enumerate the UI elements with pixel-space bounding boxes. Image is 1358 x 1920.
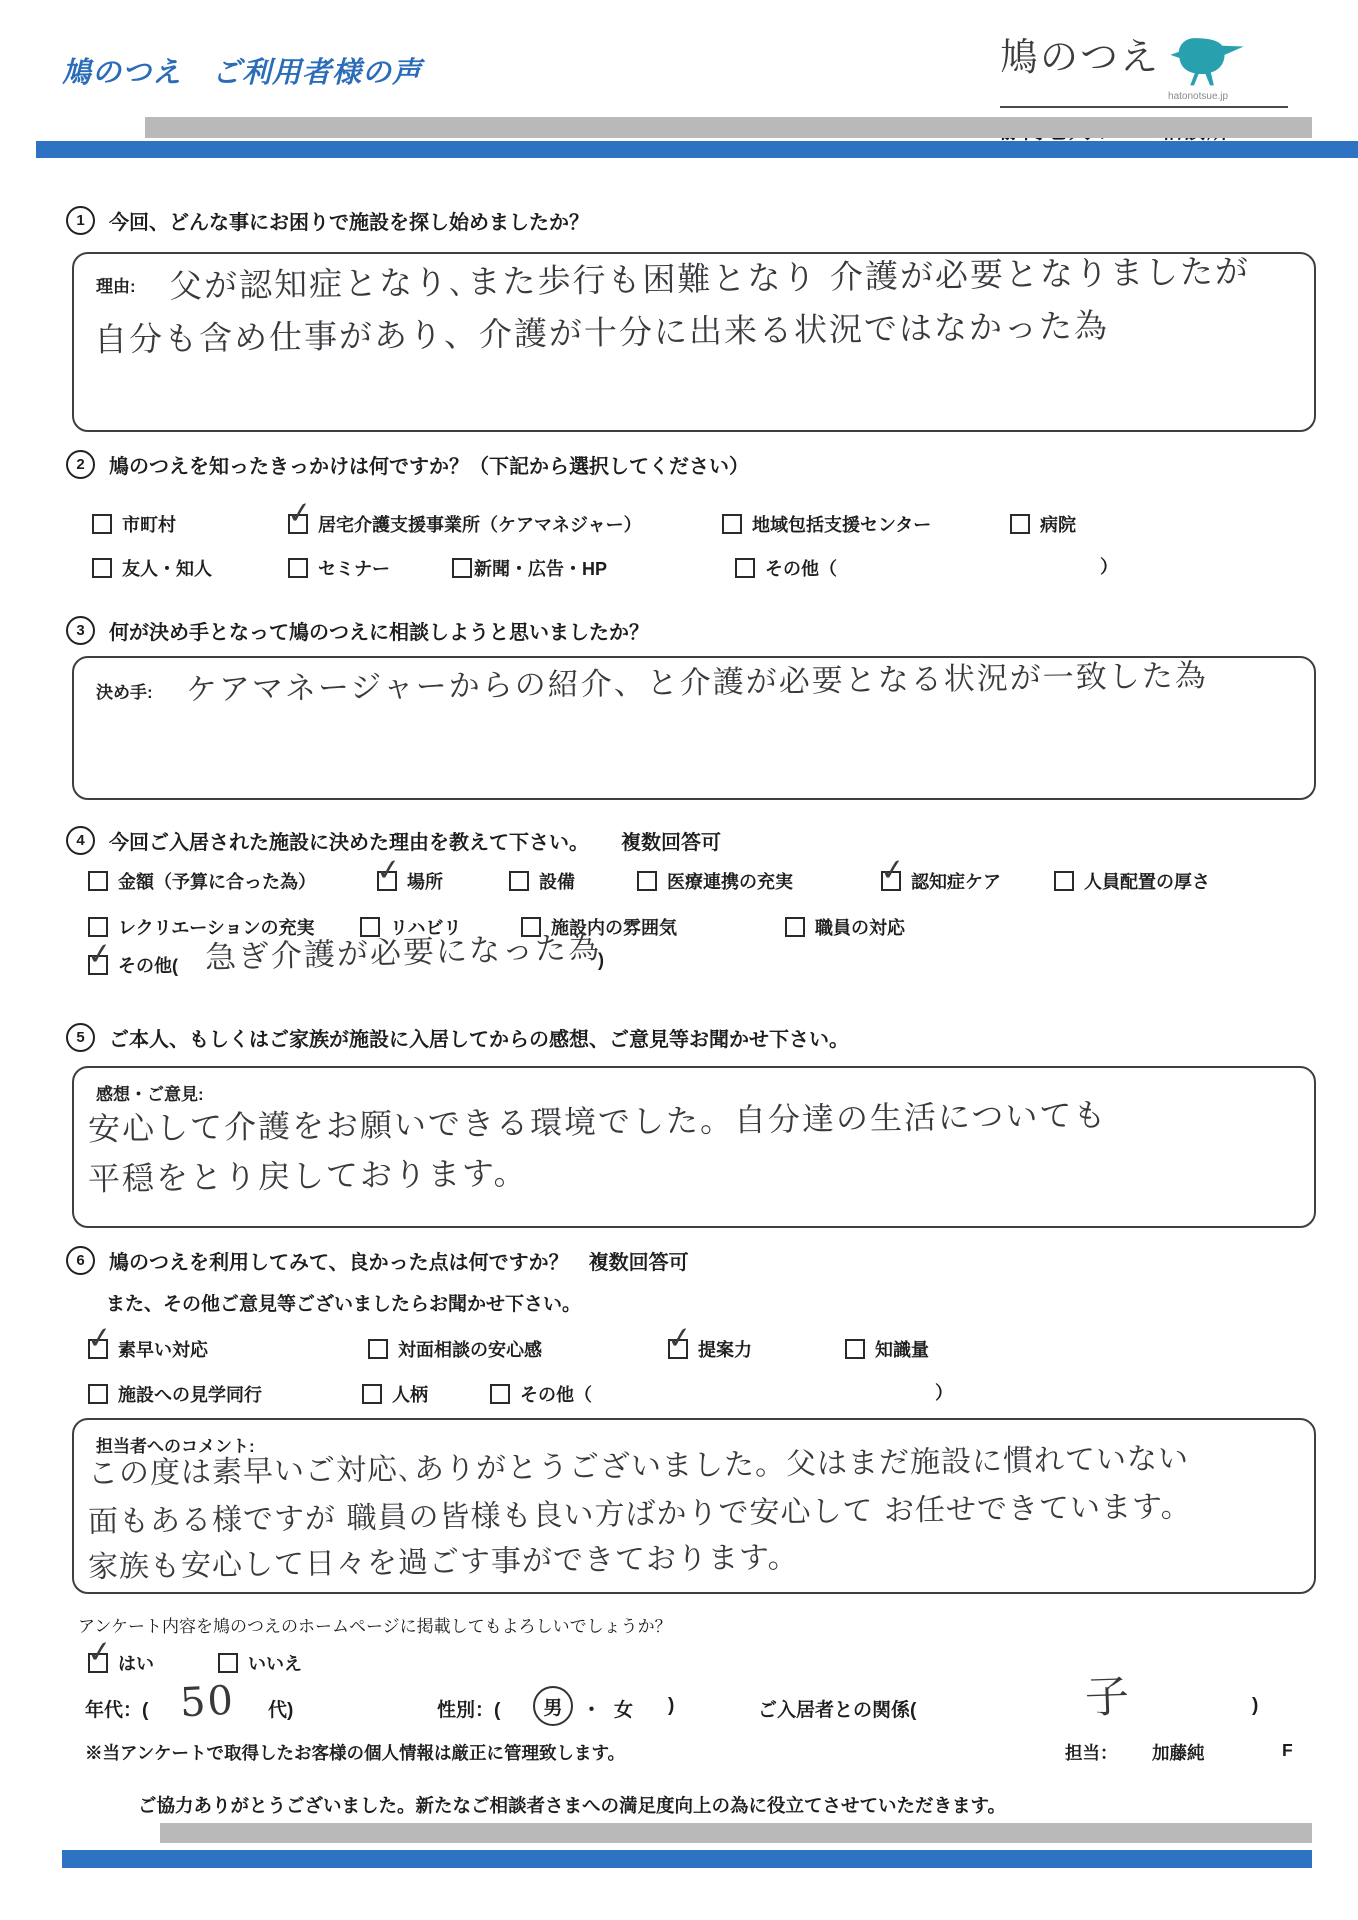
- checkbox-label: 職員の対応: [815, 914, 905, 940]
- check-mark-icon: ✓: [878, 852, 907, 889]
- checkbox-icon: ✓: [92, 514, 112, 534]
- answer-label-q1: 理由:: [96, 272, 136, 297]
- checkbox-icon: ✓: [288, 558, 308, 578]
- checkbox-icon: ✓: [509, 871, 529, 891]
- circled-number-5: 5: [66, 1023, 95, 1052]
- answer-label-q5: 感想・ご意見:: [96, 1080, 204, 1105]
- gender-suffix: ): [668, 1695, 674, 1717]
- handwritten-answer-q5-line2: 平穏をとり戻しております。: [88, 1157, 528, 1195]
- checkbox-label: 新聞・広告・HP: [474, 555, 607, 581]
- checkbox-label: 人柄: [392, 1381, 428, 1407]
- gender-prefix: 性別：(: [437, 1695, 500, 1722]
- checkbox-icon: ✓: [785, 917, 805, 937]
- checkbox-label: いいえ: [248, 1650, 302, 1676]
- question-4-title: 4 今回ご入居された施設に決めた理由を教えて下さい。 複数回答可: [66, 826, 721, 855]
- check-mark-icon: ✓: [285, 495, 314, 532]
- checkbox-other-q6: ✓ その他（: [490, 1381, 592, 1407]
- question-5-title: 5 ご本人、もしくはご家族が施設に入居してからの感想、ご意見等お聞かせ下さい。: [66, 1023, 849, 1052]
- checkbox-label: 医療連携の充実: [667, 868, 793, 894]
- checkbox-community-center: ✓ 地域包括支援センター: [722, 511, 931, 537]
- checkbox-icon: ✓: [637, 871, 657, 891]
- question-4-note: 複数回答可: [621, 826, 721, 855]
- checkbox-label: セミナー: [318, 555, 390, 581]
- checkbox-label: 設備: [539, 868, 575, 894]
- handwritten-answer-q1-line2: 自分も含め仕事があり、介護が十分に出来る状況ではなかった為: [94, 309, 1109, 356]
- header-gray-bar: [145, 117, 1312, 138]
- checkbox-label: その他(: [118, 952, 178, 978]
- checkbox-icon: ✓: [490, 1384, 510, 1404]
- check-mark-icon: ✓: [85, 1320, 114, 1357]
- circled-gender-male: 男: [533, 1686, 573, 1726]
- check-mark-icon: ✓: [85, 936, 114, 973]
- comment-label: 担当者へのコメント:: [96, 1432, 255, 1457]
- checkbox-publish-no: ✓ いいえ: [218, 1650, 302, 1676]
- checkbox-label: 施設への見学同行: [118, 1381, 262, 1407]
- question-5-text: ご本人、もしくはご家族が施設に入居してからの感想、ご意見等お聞かせ下さい。: [109, 1023, 849, 1052]
- checkbox-hospital: ✓ 病院: [1010, 511, 1076, 537]
- staff-code: F: [1282, 1740, 1293, 1761]
- circled-number-1: 1: [66, 206, 95, 235]
- question-1-title: 1 今回、どんな事にお困りで施設を探し始めましたか？: [66, 206, 589, 235]
- logo-domain-text: hatonotsue.jp: [1168, 91, 1228, 102]
- check-mark-icon: ✓: [665, 1320, 694, 1357]
- checkbox-staff-response: ✓ 職員の対応: [785, 914, 905, 940]
- checkbox-other-q4: ✓ その他(: [88, 952, 178, 978]
- checkbox-label: 人員配置の厚さ: [1084, 868, 1210, 894]
- footer-blue-bar: [62, 1850, 1312, 1868]
- checkbox-location: ✓ 場所: [377, 868, 443, 894]
- handwritten-answer-q1-line1: 父が認知症となり､また歩行も困難となり 介護が必要となりましたが: [169, 254, 1250, 302]
- header-blue-bar: [36, 141, 1358, 158]
- gender-female: 女: [614, 1695, 633, 1722]
- age-suffix: 代): [268, 1695, 293, 1722]
- checkbox-label: 病院: [1040, 511, 1076, 537]
- handwritten-comment-line2: 面もある様ですが 職員の皆様も良い方ばかりで安心して お任せできています。: [88, 1492, 1192, 1537]
- question-6-title: 6 鳩のつえを利用してみて、良かった点は何ですか？ 複数回答可: [66, 1246, 689, 1275]
- checkbox-icon: ✓: [288, 514, 308, 534]
- checkbox-label: 対面相談の安心感: [398, 1336, 542, 1362]
- checkbox-icon: ✓: [88, 871, 108, 891]
- bird-logo-icon: hatonotsue.jp: [1168, 32, 1246, 96]
- checkbox-label: 地域包括支援センター: [752, 511, 931, 537]
- page-title: 鳩のつえ ご利用者様の声: [62, 50, 422, 91]
- logo-wordmark: 鳩のつえ: [1000, 32, 1160, 85]
- checkbox-icon: ✓: [362, 1384, 382, 1404]
- checkbox-label: 居宅介護支援事業所（ケアマネジャー）: [318, 511, 642, 537]
- close-paren-q2: ）: [1100, 553, 1118, 579]
- checkbox-quick-response: ✓ 素早い対応: [88, 1336, 208, 1362]
- question-1-text: 今回、どんな事にお困りで施設を探し始めましたか？: [109, 206, 589, 235]
- questionnaire-scan-page: 鳩のつえ ご利用者様の声 鳩のつえ hatonotsue.jp 静岡老人ホーム相…: [0, 0, 1358, 1920]
- checkbox-icon: ✓: [1010, 514, 1030, 534]
- relation-prefix: ご入居者との関係(: [758, 1695, 916, 1722]
- checkbox-friend: ✓ 友人・知人: [92, 555, 212, 581]
- check-mark-icon: ✓: [85, 1634, 114, 1671]
- checkbox-staffing: ✓ 人員配置の厚さ: [1054, 868, 1210, 894]
- checkbox-label: 金額（予算に合った為）: [118, 868, 316, 894]
- handwritten-relation: 子: [1084, 1675, 1132, 1721]
- checkbox-proposal-ability: ✓ 提案力: [668, 1336, 752, 1362]
- question-6-text: 鳩のつえを利用してみて、良かった点は何ですか？ 複数回答可: [109, 1246, 689, 1275]
- checkbox-icon: ✓: [88, 1339, 108, 1359]
- close-paren-q4: ): [598, 950, 604, 971]
- checkbox-icon: ✓: [452, 558, 472, 578]
- checkbox-facilities: ✓ 設備: [509, 868, 575, 894]
- answer-box-q3: 決め手: ケアマネージャーからの紹介、と介護が必要となる状況が一致した為: [72, 656, 1316, 800]
- circled-number-2: 2: [66, 450, 95, 479]
- checkbox-icon: ✓: [360, 917, 380, 937]
- question-6-subtitle: また、その他ご意見等ございましたらお聞かせ下さい。: [106, 1289, 581, 1316]
- question-2-title: 2 鳩のつえを知ったきっかけは何ですか？（下記から選択してください）: [66, 450, 749, 479]
- checkbox-price: ✓ 金額（予算に合った為）: [88, 868, 316, 894]
- question-3-text: 何が決め手となって鳩のつえに相談しようと思いましたか？: [109, 616, 649, 645]
- checkbox-tour-accompaniment: ✓ 施設への見学同行: [88, 1381, 262, 1407]
- checkbox-in-person-reassurance: ✓ 対面相談の安心感: [368, 1336, 542, 1362]
- checkbox-other-q2: ✓ その他（: [735, 555, 837, 581]
- circled-number-4: 4: [66, 826, 95, 855]
- age-prefix: 年代：(: [85, 1695, 148, 1722]
- checkbox-icon: ✓: [722, 514, 742, 534]
- checkbox-icon: ✓: [88, 917, 108, 937]
- check-mark-icon: ✓: [374, 852, 403, 889]
- privacy-note: ※当アンケートで取得したお客様の個人情報は厳正に管理致します。: [85, 1740, 625, 1765]
- handwritten-comment-line3: 家族も安心して日々を過ごす事ができております。: [88, 1543, 799, 1583]
- circled-number-3: 3: [66, 616, 95, 645]
- handwritten-answer-q5-line1: 安心して介護をお願いできる環境でした。自分達の生活についても: [88, 1099, 1108, 1145]
- checkbox-icon: ✓: [88, 1653, 108, 1673]
- checkbox-icon: ✓: [88, 955, 108, 975]
- close-paren-q6: ）: [935, 1379, 953, 1405]
- checkbox-icon: ✓: [845, 1339, 865, 1359]
- checkbox-icon: ✓: [368, 1339, 388, 1359]
- staff-name: 加藤純: [1152, 1740, 1205, 1765]
- handwritten-age: 50: [179, 1681, 236, 1724]
- checkbox-icon: ✓: [88, 1384, 108, 1404]
- checkbox-label: 認知症ケア: [911, 868, 1001, 894]
- logo-divider: [1000, 106, 1288, 108]
- checkbox-care-support-office: ✓ 居宅介護支援事業所（ケアマネジャー）: [288, 511, 642, 537]
- relation-suffix: ): [1252, 1695, 1258, 1717]
- checkbox-label: レクリエーションの充実: [118, 914, 315, 940]
- checkbox-label: その他（: [520, 1381, 592, 1407]
- publish-question: アンケート内容を鳩のつえのホームページに掲載してもよろしいでしょうか？: [78, 1612, 672, 1637]
- answer-label-q3: 決め手:: [96, 678, 153, 703]
- checkbox-recreation: ✓ レクリエーションの充実: [88, 914, 315, 940]
- checkbox-seminar: ✓ セミナー: [288, 555, 390, 581]
- circled-number-6: 6: [66, 1246, 95, 1275]
- checkbox-label: はい: [118, 1650, 154, 1676]
- checkbox-label: 素早い対応: [118, 1336, 208, 1362]
- question-3-title: 3 何が決め手となって鳩のつえに相談しようと思いましたか？: [66, 616, 649, 645]
- checkbox-dementia-care: ✓ 認知症ケア: [881, 868, 1001, 894]
- checkbox-personality: ✓ 人柄: [362, 1381, 428, 1407]
- question-4-text: 今回ご入居された施設に決めた理由を教えて下さい。: [109, 826, 589, 855]
- checkbox-icon: ✓: [218, 1653, 238, 1673]
- checkbox-knowledge: ✓ 知識量: [845, 1336, 929, 1362]
- checkbox-icon: ✓: [377, 871, 397, 891]
- checkbox-medical-cooperation: ✓ 医療連携の充実: [637, 868, 793, 894]
- checkbox-newspaper-ad-hp: ✓ 新聞・広告・HP: [452, 555, 607, 581]
- checkbox-label: 知識量: [875, 1336, 929, 1362]
- checkbox-municipality: ✓ 市町村: [92, 511, 176, 537]
- thanks-message: ご協力ありがとうございました。新たなご相談者さまへの満足度向上の為に役立てさせて…: [138, 1792, 1006, 1818]
- answer-box-q1: 理由: 父が認知症となり､また歩行も困難となり 介護が必要となりましたが 自分も…: [72, 252, 1316, 432]
- checkbox-icon: ✓: [881, 871, 901, 891]
- checkbox-label: 場所: [407, 868, 443, 894]
- handwritten-answer-q3: ケアマネージャーからの紹介、と介護が必要となる状況が一致した為: [186, 661, 1208, 706]
- checkbox-icon: ✓: [92, 558, 112, 578]
- footer-gray-bar: [160, 1823, 1312, 1843]
- checkbox-label: 市町村: [122, 511, 176, 537]
- handwritten-other-q4: 急ぎ介護が必要になった為: [205, 933, 602, 974]
- answer-box-q5: 感想・ご意見: 安心して介護をお願いできる環境でした。自分達の生活についても 平…: [72, 1066, 1316, 1228]
- checkbox-publish-yes: ✓ はい: [88, 1650, 154, 1676]
- checkbox-label: 提案力: [698, 1336, 752, 1362]
- comment-box: 担当者へのコメント: この度は素早いご対応､ありがとうございました。父はまだ施設…: [72, 1418, 1316, 1594]
- checkbox-icon: ✓: [1054, 871, 1074, 891]
- checkbox-icon: ✓: [735, 558, 755, 578]
- checkbox-label: その他（: [765, 555, 837, 581]
- checkbox-label: 友人・知人: [122, 555, 212, 581]
- checkbox-icon: ✓: [668, 1339, 688, 1359]
- question-2-text: 鳩のつえを知ったきっかけは何ですか？（下記から選択してください）: [109, 450, 749, 479]
- gender-dot: ・: [582, 1695, 601, 1722]
- staff-label: 担当：: [1065, 1740, 1118, 1765]
